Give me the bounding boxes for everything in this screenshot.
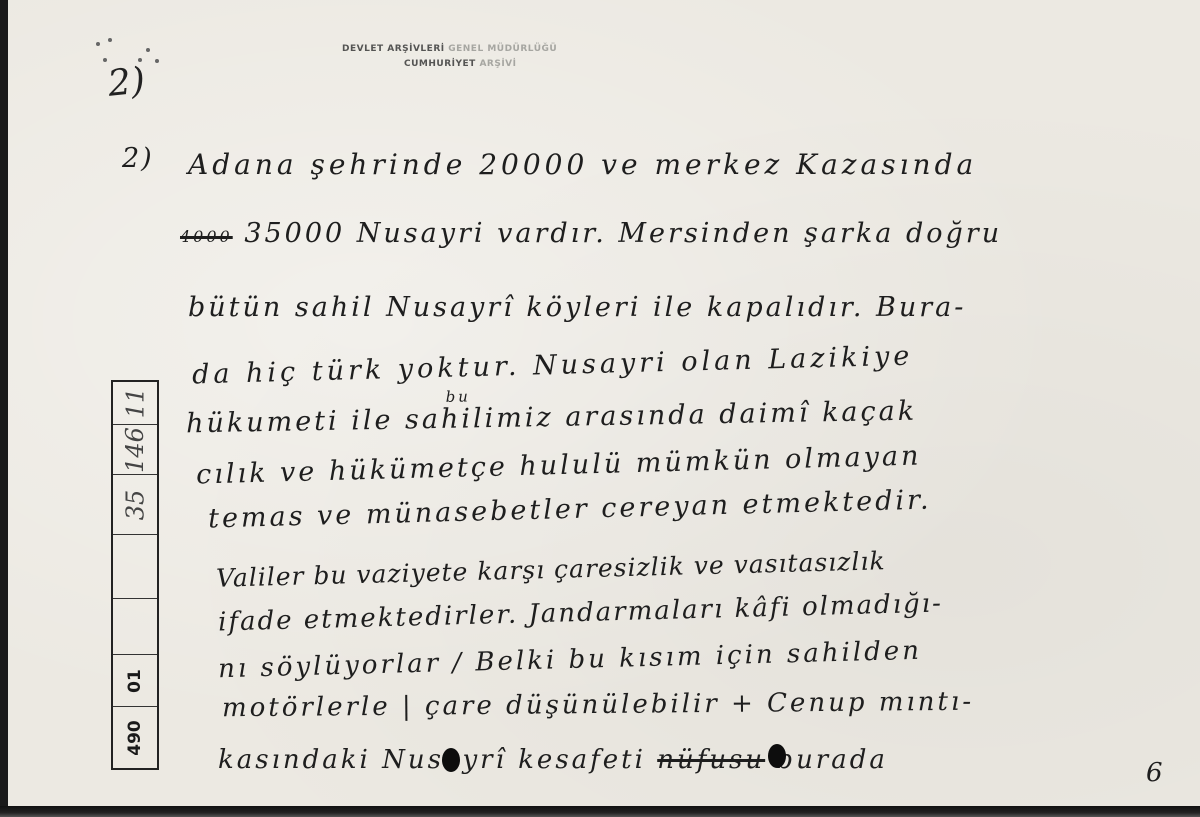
paragraph-number: 2) — [122, 143, 154, 174]
handwritten-line-9: ifade etmektedirler. Jandarmaları kâfi o… — [218, 589, 943, 638]
punch-hole — [768, 744, 786, 768]
archive-stamp: DEVLET ARŞİVLERİ GENEL MÜDÜRLÜĞÜ CUMHURİ… — [342, 44, 622, 69]
handwritten-line-7: temas ve münasebetler cereyan etmektedir… — [208, 485, 932, 535]
handwritten-line-10: nı söylüyorlar / Belki bu kısım için sah… — [218, 636, 923, 684]
stamp-line1-faded: GENEL MÜDÜRLÜĞÜ — [448, 44, 557, 54]
handwritten-line-8: Valiler bu vaziyete karşı çaresizlik ve … — [216, 546, 886, 593]
struck-text: 4000 — [180, 227, 233, 246]
handwritten-line-4: da hiç türk yoktur. Nusayri olan Lazikiy… — [192, 341, 914, 391]
line-5-text: hükumeti ile sahilimiz arasında daimî ka… — [186, 396, 918, 440]
handwritten-line-3: bütün sahil Nusayrî köyleri ile kapalıdı… — [188, 292, 966, 323]
ref-value: 146 — [121, 427, 149, 473]
line-2-text: 35000 Nusayri vardır. Mersinden şarka do… — [244, 218, 1002, 249]
superscript-insertion: bu — [445, 387, 471, 405]
speck — [146, 48, 150, 52]
handwritten-line-11: motörlerle | çare düşünülebilir + Cenup … — [222, 687, 974, 724]
ref-cell — [113, 534, 157, 598]
line-12-text: kasındaki Nusayrî kesafeti — [218, 745, 646, 775]
speck — [103, 58, 107, 62]
speck — [155, 59, 159, 63]
punch-hole — [442, 748, 460, 772]
margin-mark: 6 — [1146, 758, 1165, 788]
archive-reference-box: 490 01 35 146 11 — [111, 380, 159, 770]
stamp-line1: DEVLET ARŞİVLERİ — [342, 44, 445, 54]
speck — [96, 42, 100, 46]
handwritten-line-12: kasındaki Nusayrî kesafeti nüfusu burada — [218, 745, 888, 775]
ref-cell: 146 — [113, 424, 157, 474]
document-page: DEVLET ARŞİVLERİ GENEL MÜDÜRLÜĞÜ CUMHURİ… — [8, 0, 1200, 806]
ref-cell: 01 — [113, 654, 157, 706]
handwritten-line-5: bu hükumeti ile sahilimiz arasında daimî… — [186, 396, 918, 440]
handwritten-line-2: 4000 35000 Nusayri vardır. Mersinden şar… — [180, 218, 1002, 249]
ref-cell: 11 — [113, 382, 157, 424]
page-number: 2) — [106, 60, 147, 105]
speck — [108, 38, 112, 42]
ref-value: 11 — [121, 388, 149, 419]
line-12-text-after: burada — [776, 745, 887, 775]
ref-value: 01 — [125, 669, 145, 693]
scan-border — [0, 806, 1200, 817]
handwritten-line-6: cılık ve hükümetçe hululü mümkün olmayan — [196, 441, 922, 491]
ref-cell — [113, 598, 157, 654]
ref-value: 35 — [121, 489, 149, 520]
handwritten-line-1: Adana şehrinde 20000 ve merkez Kazasında — [188, 148, 977, 181]
stamp-line2: CUMHURİYET — [404, 59, 476, 69]
ref-cell: 35 — [113, 474, 157, 534]
stamp-line2-faded: ARŞİVİ — [479, 59, 516, 69]
ref-cell: 490 — [113, 706, 157, 768]
struck-text: nüfusu — [657, 745, 765, 775]
ref-value: 490 — [125, 720, 145, 756]
